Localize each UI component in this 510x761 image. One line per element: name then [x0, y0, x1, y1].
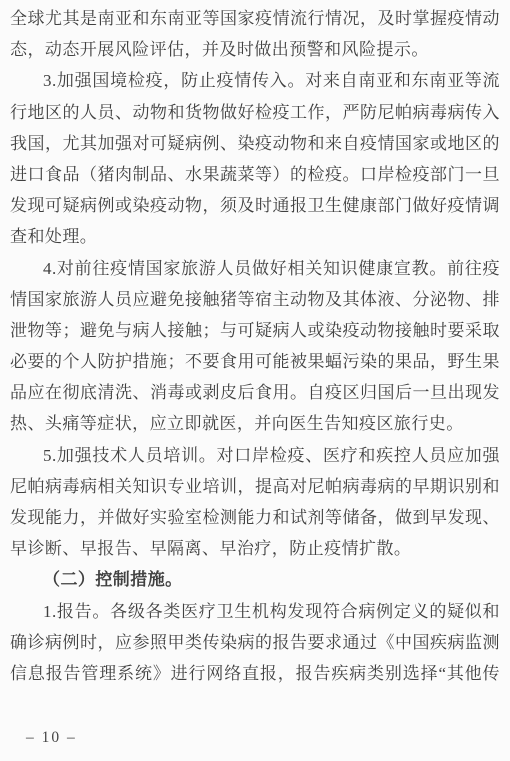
text-line: 确诊病例时，应参照甲类传染病的报告要求通过《中国疾病监测: [10, 627, 500, 658]
text-line: 全球尤其是南亚和东南亚等国家疫情流行情况，及时掌握疫情动: [10, 3, 500, 34]
text-line: （二）控制措施。: [10, 564, 500, 595]
text-line: 进口食品（猪肉制品、水果蔬菜等）的检疫。口岸检疫部门一旦: [10, 159, 500, 190]
document-lines: 全球尤其是南亚和东南亚等国家疫情流行情况，及时掌握疫情动态，动态开展风险评估，并…: [10, 3, 500, 689]
text-line: 1.报告。各级各类医疗卫生机构发现符合病例定义的疑似和: [10, 596, 500, 627]
text-line: 5.加强技术人员培训。对口岸检疫、医疗和疾控人员应加强: [10, 440, 500, 471]
text-line: 3.加强国境检疫，防止疫情传入。对来自南亚和东南亚等流: [10, 65, 500, 96]
text-line: 热、头痛等症状，应立即就医，并向医生告知疫区旅行史。: [10, 408, 500, 439]
text-line: 查和处理。: [10, 221, 500, 252]
text-line: 4.对前往疫情国家旅游人员做好相关知识健康宣教。前往疫: [10, 253, 500, 284]
text-line: 情国家旅游人员应避免接触猪等宿主动物及其体液、分泌物、排: [10, 284, 500, 315]
document-page: 全球尤其是南亚和东南亚等国家疫情流行情况，及时掌握疫情动态，动态开展风险评估，并…: [0, 0, 510, 761]
text-line: 品应在彻底清洗、消毒或剥皮后食用。自疫区归国后一旦出现发: [10, 377, 500, 408]
text-line: 尼帕病毒病相关知识专业培训，提高对尼帕病毒病的早期识别和: [10, 471, 500, 502]
page-number: – 10 –: [26, 729, 77, 747]
text-line: 行地区的人员、动物和货物做好检疫工作，严防尼帕病毒病传入: [10, 97, 500, 128]
text-line: 信息报告管理系统》进行网络直报，报告疾病类别选择“其他传: [10, 658, 500, 689]
text-line: 早诊断、早报告、早隔离、早治疗，防止疫情扩散。: [10, 533, 500, 564]
text-line: 态，动态开展风险评估，并及时做出预警和风险提示。: [10, 34, 500, 65]
text-line: 发现能力，并做好实验室检测能力和试剂等储备，做到早发现、: [10, 502, 500, 533]
text-line: 发现可疑病例或染疫动物，须及时通报卫生健康部门做好疫情调: [10, 190, 500, 221]
text-line: 泄物等；避免与病人接触；与可疑病人或染疫动物接触时要采取: [10, 315, 500, 346]
text-line: 必要的个人防护措施；不要食用可能被果蝠污染的果品，野生果: [10, 346, 500, 377]
text-line: 我国，尤其加强对可疑病例、染疫动物和来自疫情国家或地区的: [10, 128, 500, 159]
